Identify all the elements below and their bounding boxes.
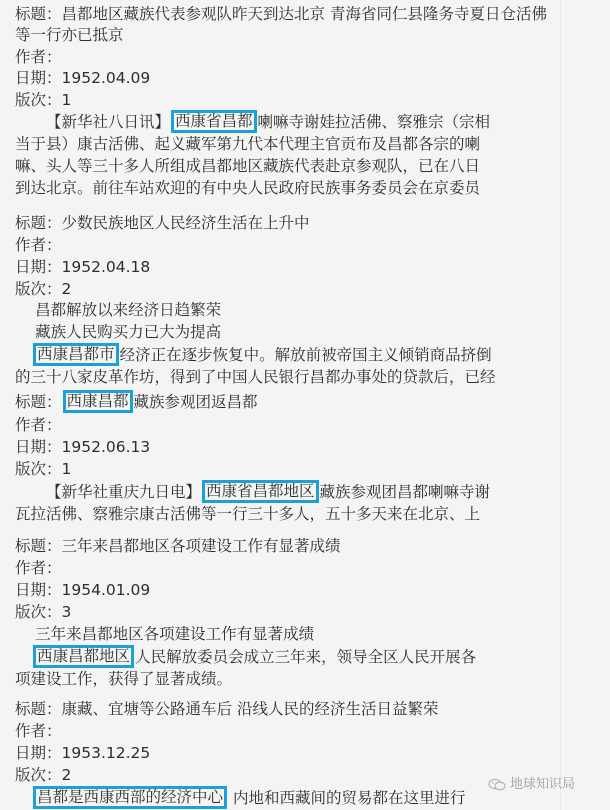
record-date: 日期：1952.06.13 [15,436,150,458]
date-value: 1952.04.18 [62,258,151,276]
record-title-line: 标题：西康昌都藏族参观团返昌都 [15,391,258,413]
record-title-line: 标题：康藏、宜塘等公路通车后 沿线人民的经济生活日益繁荣 [15,698,438,720]
record-title-line: 标题：昌都地区藏族代表参观队昨天到达北京 青海省同仁县隆务寺夏日仓活佛 [15,3,547,25]
body-text: 喇嘛寺谢娃拉活佛、察雅宗（宗相 [258,113,491,131]
author-label: 作者： [15,416,62,434]
edition-label: 版次： [15,460,62,478]
author-label: 作者： [15,236,62,254]
edition-label: 版次： [15,91,62,109]
record-body-line: 【新华社重庆九日电】西康省昌都地区藏族参观团昌都喇嘛寺谢 [15,481,490,503]
record-title: 藏族参观团返昌都 [134,393,258,411]
watermark-text: 地球知识局 [510,777,575,792]
record-edition: 版次：2 [15,278,71,300]
body-text: 【新华社八日讯】 [46,113,170,131]
record-title-line-2: 等一行亦已抵京 [15,24,124,46]
edition-value: 3 [62,603,72,621]
date-value: 1952.04.09 [62,69,151,87]
author-label: 作者： [15,559,62,577]
edition-value: 2 [62,280,72,298]
date-label: 日期： [15,258,62,276]
record-body-line: 藏族人民购买力已大为提高 [15,321,221,343]
record-body-line: 到达北京。前往车站欢迎的有中央人民政府民族事务委员会在京委员 [15,177,480,199]
highlight-box: 西康省昌都 [171,110,257,133]
edition-value: 2 [62,766,72,784]
date-label: 日期： [15,438,62,456]
watermark: 地球知识局 [488,775,575,795]
record-author: 作者： [15,414,62,436]
record-body-line: 瓦拉活佛、察雅宗康古活佛等一行三十多人，五十多天来在北京、上 [15,503,480,525]
record-body-line: 【新华社八日讯】西康省昌都喇嘛寺谢娃拉活佛、察雅宗（宗相 [15,111,490,133]
highlight-box: 西康昌都地区 [33,645,134,668]
record-author: 作者： [15,46,62,68]
record-date: 日期：1952.04.18 [15,256,150,278]
title-label: 标题： [15,214,62,232]
edition-value: 1 [62,460,72,478]
record-title: 康藏、宜塘等公路通车后 沿线人民的经济生活日益繁荣 [62,700,439,718]
author-label: 作者： [15,48,62,66]
record-body-line: 西康昌都市经济正在逐步恢复中。解放前被帝国主义倾销商品挤倒 [15,344,492,366]
highlight-box: 西康昌都市 [33,343,119,366]
body-text: 【新华社重庆九日电】 [46,483,201,501]
body-text: 经济正在逐步恢复中。解放前被帝国主义倾销商品挤倒 [120,346,492,364]
body-text: 人民解放委员会成立三年来，领导全区人民开展各 [135,648,476,666]
record-author: 作者： [15,234,62,256]
date-value: 1952.06.13 [62,438,151,456]
title-label: 标题： [15,5,62,23]
record-edition: 版次：2 [15,764,71,786]
edition-label: 版次： [15,603,62,621]
record-edition: 版次：1 [15,458,71,480]
date-label: 日期： [15,744,62,762]
record-body-line: 嘛、头人等三十多人所组成昌都地区藏族代表赴京参观队，已在八日 [15,155,480,177]
panel-divider [560,0,561,810]
record-date: 日期：1952.04.09 [15,67,150,89]
date-label: 日期： [15,69,62,87]
highlight-box: 西康省昌都地区 [202,480,319,503]
edition-value: 1 [62,91,72,109]
date-label: 日期： [15,581,62,599]
search-results-page: 标题：昌都地区藏族代表参观队昨天到达北京 青海省同仁县隆务寺夏日仓活佛 等一行亦… [0,0,610,810]
body-text: 内地和西藏间的贸易都在这里进行 [228,789,465,807]
author-label: 作者： [15,722,62,740]
body-text: 藏族参观团昌都喇嘛寺谢 [320,483,491,501]
record-body-line: 三年来昌都地区各项建设工作有显著成绩 [15,623,314,645]
title-label: 标题： [15,700,62,718]
record-date: 日期：1953.12.25 [15,742,150,764]
record-author: 作者： [15,557,62,579]
record-title: 三年来昌都地区各项建设工作有显著成绩 [62,537,341,555]
record-body-line: 昌都解放以来经济日趋繁荣 [15,299,221,321]
record-body-line: 当于县）康古活佛、起义藏军第九代本代理主官贡布及昌都各宗的喇 [15,133,480,155]
date-value: 1953.12.25 [62,744,151,762]
record-body-line: 项建设工作，获得了显著成绩。 [15,668,232,690]
record-date: 日期：1954.01.09 [15,579,150,601]
record-title-line: 标题：少数民族地区人民经济生活在上升中 [15,212,310,234]
record-title: 昌都地区藏族代表参观队昨天到达北京 青海省同仁县隆务寺夏日仓活佛 [62,5,547,23]
title-label: 标题： [15,393,62,411]
record-edition: 版次：3 [15,601,71,623]
record-body-line: 西康昌都地区人民解放委员会成立三年来，领导全区人民开展各 [15,646,476,668]
title-label: 标题： [15,537,62,555]
record-title: 少数民族地区人民经济生活在上升中 [62,214,310,232]
record-edition: 版次：1 [15,89,71,111]
record-title-line: 标题：三年来昌都地区各项建设工作有显著成绩 [15,535,341,557]
record-body-line: 的三十八家皮革作坊，得到了中国人民银行昌都办事处的贷款后，已经 [15,366,496,388]
highlight-box: 昌都是西康西部的经济中心 [33,786,227,809]
date-value: 1954.01.09 [62,581,151,599]
wechat-icon [488,778,506,791]
highlight-box: 西康昌都 [63,390,133,413]
edition-label: 版次： [15,280,62,298]
edition-label: 版次： [15,766,62,784]
record-body-line: 昌都是西康西部的经济中心 内地和西藏间的贸易都在这里进行 [15,787,466,809]
record-author: 作者： [15,720,62,742]
